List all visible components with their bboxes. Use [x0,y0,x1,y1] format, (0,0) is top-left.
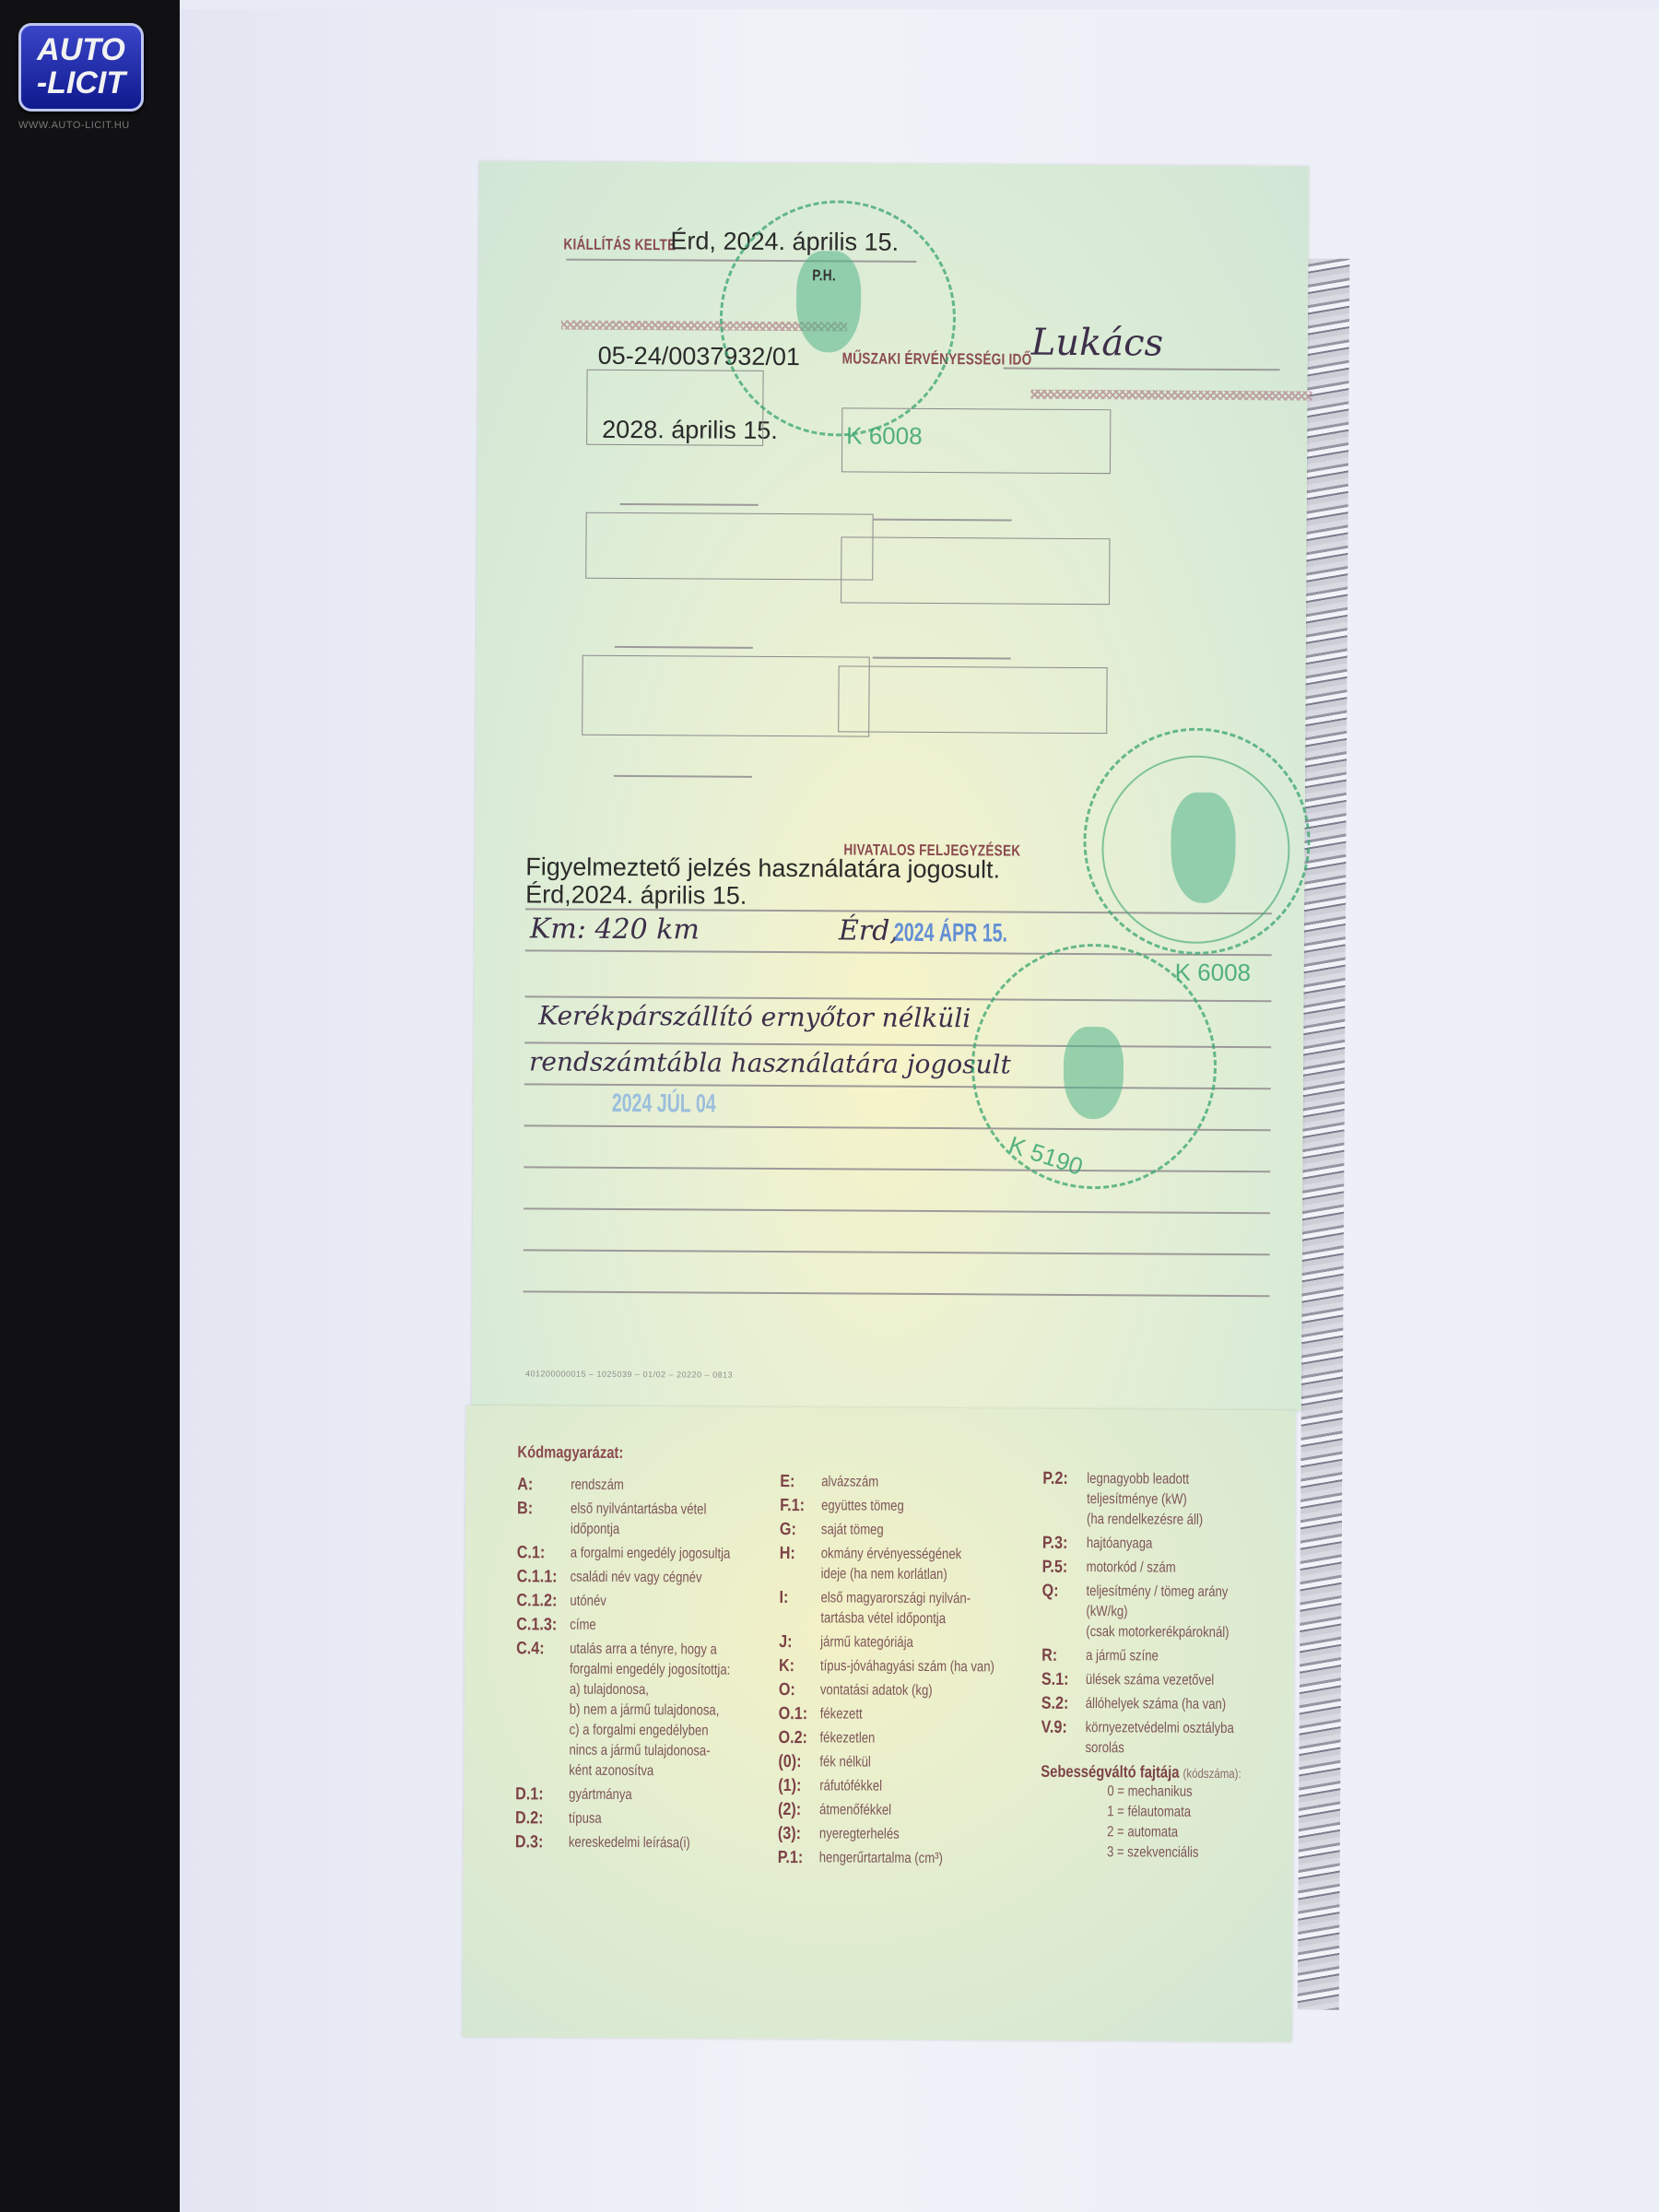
legend-code: F.1: [780,1496,815,1516]
legend-item: P.2:legnagyobb leadott teljesítménye (kW… [1042,1469,1288,1532]
legend-description: saját tömeg [821,1520,1003,1541]
legend-description: hajtóanyaga [1087,1534,1249,1555]
legend-item: R:a jármű színe [1041,1646,1286,1668]
legend-description: ráfutófékkel [819,1776,1001,1797]
legend-description: típusa [569,1809,743,1830]
legend-item: Q:teljesítmény / tömeg arány (kW/kg) (cs… [1041,1582,1287,1644]
dark-background [0,0,180,2212]
legend-description: fék nélkül [819,1752,1001,1773]
gearbox-option: 3 = szekvenciális [1041,1842,1241,1864]
legend-code: D.2: [515,1808,560,1829]
legend-description: rendszám [571,1476,745,1497]
legend-item: C.4:utalás arra a tényre, hogy a forgalm… [515,1639,782,1783]
stamp-code-1: K 6008 [846,421,923,451]
legend-code: V.9: [1041,1718,1078,1759]
legend-item: E:alvázszám [780,1472,1042,1494]
legend-code: (3): [778,1824,813,1844]
legend-code: D.3: [515,1832,560,1853]
legend-code: O: [779,1680,814,1700]
legend-item: O.2:fékezetlen [778,1728,1041,1750]
date-stamp-april: 2024 ÁPR 15. [894,918,1007,948]
legend-title: Kódmagyarázat: [517,1442,623,1463]
legend-code: D.1: [515,1784,560,1805]
legend-item: D.1:gyártmánya [515,1784,781,1806]
legend-item: G:saját tömeg [780,1520,1042,1542]
handwritten-note-1: Kerékpárszállító ernyőtor nélküli [538,1000,971,1033]
legend-item: I:első magyarországi nyilván- tartásba v… [779,1588,1041,1630]
legend-description: legnagyobb leadott teljesítménye (kW) (h… [1087,1469,1250,1531]
legend-description: címe [570,1616,744,1637]
legend-column-2: E:alvázszámF.1:együttes tömegG:saját töm… [778,1472,1043,1874]
legend-item: S.2:állóhelyek száma (ha van) [1041,1694,1286,1716]
legend-code: E: [780,1472,815,1492]
legend-description: első magyarországi nyilván- tartásba vét… [820,1588,1002,1630]
handwritten-mileage: Km: 420 km [530,912,700,946]
legend-description: együttes tömeg [821,1496,1003,1517]
auto-licit-logo: AUTO -LICIT [18,23,144,112]
legend-item: B:első nyilvántartásba vétel időpontja [517,1499,782,1541]
legend-item: P.1:hengerűrtartalma (cm³) [778,1848,1041,1870]
legend-description: utalás arra a tényre, hogy a forgalmi en… [569,1640,744,1783]
legend-description: első nyilvántartásba vétel időpontja [571,1500,745,1541]
legend-description: a forgalmi engedély jogosultja [571,1544,745,1565]
legend-description: nyeregterhelés [819,1824,1001,1845]
legend-code: O.1: [779,1704,814,1724]
legend-description: állóhelyek száma (ha van) [1086,1694,1248,1715]
legend-item: S.1:ülések száma vezetővel [1041,1670,1286,1692]
legend-description: okmány érvényességének ideje (ha nem kor… [821,1544,1003,1585]
legend-item: C.1.2:utónév [516,1591,782,1613]
legend-description: ülések száma vezetővel [1086,1670,1248,1691]
legend-code: B: [517,1499,563,1539]
legend-description: típus-jóváhagyási szám (ha van) [820,1656,1002,1677]
legend-item: O.1:fékezett [779,1704,1041,1726]
gearbox-option: 2 = automata [1041,1822,1241,1843]
legend-item: (3):nyeregterhelés [778,1824,1041,1846]
legend-code: I: [779,1588,815,1629]
legend-item: P.3:hajtóanyaga [1042,1534,1287,1556]
legend-description: alvázszám [821,1472,1003,1493]
serial-footer: 401200000015 – 1025039 – 01/02 – 20220 –… [525,1369,733,1379]
legend-description: környezetvédelmi osztályba sorolás [1085,1718,1248,1759]
legend-description: hengerűrtartalma (cm³) [819,1848,1001,1869]
legend-description: vontatási adatok (kg) [820,1680,1002,1701]
legend-code: P.2: [1042,1469,1080,1530]
legend-item: D.2:típusa [515,1808,781,1830]
legend-code: R: [1041,1646,1079,1666]
legend-code: P.3: [1042,1534,1080,1554]
gearbox-title: Sebességváltó fajtája (kódszáma): [1041,1762,1241,1783]
legend-item: C.1.3:címe [516,1615,782,1637]
legend-code: P.5: [1042,1558,1080,1578]
legend-code: (0): [778,1752,813,1772]
official-note-typed-2: Érd,2024. április 15. [525,880,747,910]
legend-description: gyártmánya [569,1785,743,1806]
legend-code: S.2: [1041,1694,1079,1714]
legend-description: teljesítmény / tömeg arány (kW/kg) (csak… [1086,1582,1249,1643]
legend-description: kereskedelmi leírása(i) [569,1833,743,1854]
legend-item: (1):ráfutófékkel [778,1776,1041,1798]
legend-item: C.1:a forgalmi engedély jogosultja [517,1543,782,1565]
legend-description: motorkód / szám [1087,1558,1249,1579]
legend-description: utónév [570,1592,744,1613]
legend-item: (0):fék nélkül [778,1752,1041,1774]
legend-code: G: [780,1520,815,1540]
legend-description: fékezett [820,1704,1002,1725]
legend-item: D.3:kereskedelmi leírása(i) [515,1832,781,1854]
legend-code: O.2: [778,1728,813,1748]
legend-item: P.5:motorkód / szám [1042,1558,1287,1580]
legend-code: Q: [1041,1582,1079,1642]
legend-item: (2):átmenőfékkel [778,1800,1041,1822]
legend-column-3: P.2:legnagyobb leadott teljesítménye (kW… [1041,1469,1288,1865]
legend-description: a jármű színe [1086,1646,1248,1667]
stamp-code-2: K 6008 [1175,959,1252,988]
logo-line-1: AUTO [21,33,141,66]
legend-item: C.1.1:családi név vagy cégnév [517,1567,782,1589]
date-stamp-july: 2024 JÚL 04 [612,1088,716,1119]
legend-code: K: [779,1656,814,1677]
hatch-divider [1030,390,1312,401]
registration-document: KIÁLLÍTÁS KELTE Érd, 2024. április 15. L… [468,161,1355,2042]
legend-code: C.4: [515,1639,561,1781]
legend-item: O:vontatási adatok (kg) [779,1680,1041,1702]
legend-code: H: [780,1544,816,1584]
legend-code: C.1.1: [517,1567,562,1587]
coat-of-arms-icon [1064,1027,1124,1119]
legend-item: K:típus-jóváhagyási szám (ha van) [779,1656,1041,1678]
legend-code: (2): [778,1800,813,1820]
handwritten-place: Érd, [839,914,899,947]
logo-line-2: -LICIT [21,66,141,100]
legend-description: családi név vagy cégnév [571,1568,745,1589]
legend-description: jármű kategóriája [820,1632,1002,1653]
legend-item: V.9:környezetvédelmi osztályba sorolás [1041,1718,1285,1760]
legend-code: (1): [778,1776,813,1796]
legend-code: C.1: [517,1543,562,1563]
legend-code: C.1.2: [516,1591,561,1611]
stamp-ph-mark: P.H. [812,266,836,285]
legend-item: A:rendszám [517,1475,782,1497]
legend-code: S.1: [1041,1670,1079,1690]
legend-code: J: [779,1632,814,1653]
legend-code: C.1.3: [516,1615,561,1635]
legend-code: P.1: [778,1848,813,1868]
legend-column-1: A:rendszámB:első nyilvántartásba vétel i… [515,1475,783,1858]
legend-item: J:jármű kategóriája [779,1632,1041,1654]
legend-item: F.1:együttes tömeg [780,1496,1042,1518]
issue-date-label: KIÁLLÍTÁS KELTE [563,236,676,255]
gearbox-option: 1 = félautomata [1041,1802,1241,1823]
gearbox-option: 0 = mechanikus [1041,1782,1241,1803]
legend-description: átmenőfékkel [819,1800,1001,1821]
legend-code: A: [517,1475,562,1495]
official-note-typed-1: Figyelmeztető jelzés használatára jogosu… [525,853,1000,884]
legend-item: H:okmány érvényességének ideje (ha nem k… [780,1544,1042,1586]
document-upper-page: KIÁLLÍTÁS KELTE Érd, 2024. április 15. L… [472,161,1309,1410]
legend-description: fékezetlen [819,1728,1001,1749]
issuer-signature: Lukács [1031,322,1164,365]
coat-of-arms-icon [1171,793,1236,903]
handwritten-note-2: rendszámtábla használatára jogosult [529,1046,1011,1079]
watermark-url: WWW.AUTO-LICIT.HU [18,120,147,131]
